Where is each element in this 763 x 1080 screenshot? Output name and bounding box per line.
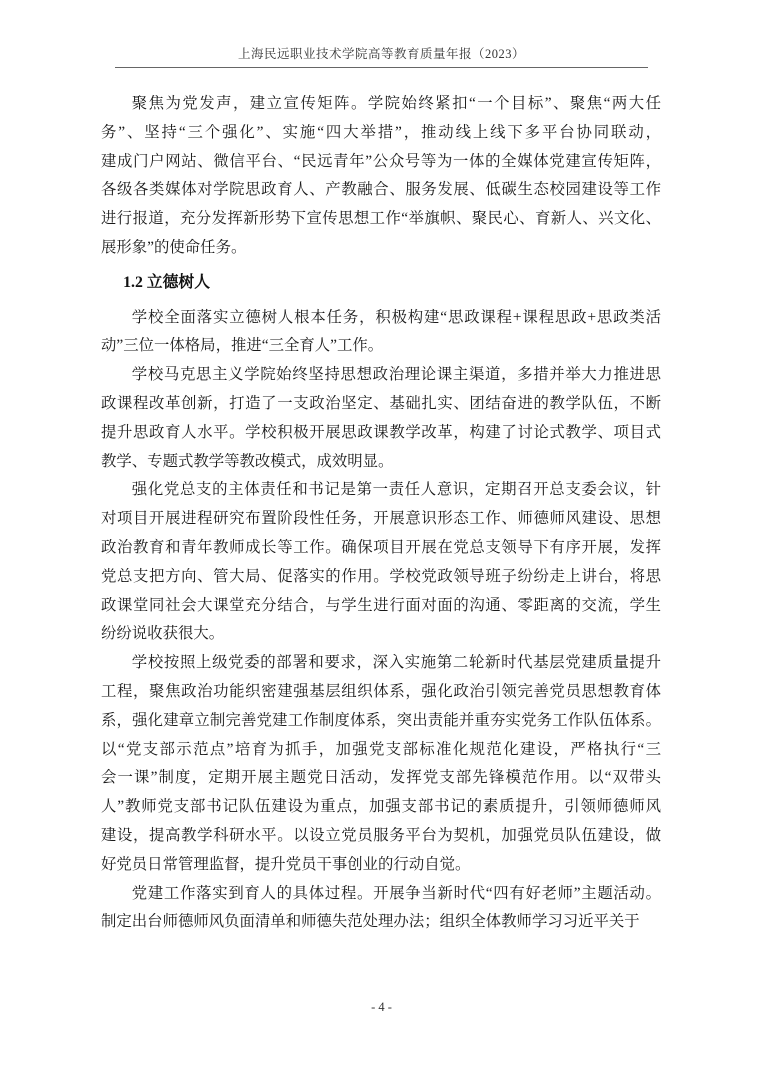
body-line: 建设，提高教学科研水平。以设立党员服务平台为契机，加强党员队伍建设，做 <box>101 822 661 851</box>
body-line: 工程，聚焦政治功能织密建强基层组织体系，强化政治引领完善党员思想教育体 <box>101 678 661 707</box>
paragraph: 聚焦为党发声，建立宣传矩阵。学院始终紧扣“一个目标”、聚焦“两大任务”、坚持“三… <box>101 90 661 263</box>
paragraph: 党建工作落实到育人的具体过程。开展争当新时代“四有好老师”主题活动。制定出台师德… <box>101 880 661 938</box>
body-line: 政课堂同社会大课堂充分结合，与学生进行面对面的沟通、零距离的交流，学生 <box>101 592 661 621</box>
page-header: 上海民远职业技术学院高等教育质量年报（2023） <box>115 46 648 68</box>
body-line: 动”三位一体格局，推进“三全育人”工作。 <box>101 332 661 361</box>
body-line: 教学、专题式教学等教改模式，成效明显。 <box>101 448 661 477</box>
page-footer: - 4 - <box>0 1000 763 1015</box>
body-line: 提升思政育人水平。学校积极开展思政课教学改革，构建了讨论式教学、项目式 <box>101 419 661 448</box>
body-line: 强化党总支的主体责任和书记是第一责任人意识，定期召开总支委会议，针 <box>101 476 661 505</box>
document-page: 上海民远职业技术学院高等教育质量年报（2023） 聚焦为党发声，建立宣传矩阵。学… <box>0 0 763 1080</box>
body-line: 聚焦为党发声，建立宣传矩阵。学院始终紧扣“一个目标”、聚焦“两大任 <box>101 90 661 119</box>
body-line: 学校按照上级党委的部署和要求，深入实施第二轮新时代基层党建质量提升 <box>101 649 661 678</box>
body-line: 党建工作落实到育人的具体过程。开展争当新时代“四有好老师”主题活动。 <box>101 880 661 909</box>
body-line: 系，强化建章立制完善党建工作制度体系，突出责能并重夯实党务工作队伍体系。 <box>101 707 661 736</box>
body-line: 展形象”的使命任务。 <box>101 234 661 263</box>
body-line: 党总支把方向、管大局、促落实的作用。学校党政领导班子纷纷走上讲台，将思 <box>101 563 661 592</box>
body-line: 建成门户网站、微信平台、“民远青年”公众号等为一体的全媒体党建宣传矩阵， <box>101 148 661 177</box>
body-line: 以“党支部示范点”培育为抓手，加强党支部标准化规范化建设，严格执行“三 <box>101 736 661 765</box>
document-body: 聚焦为党发声，建立宣传矩阵。学院始终紧扣“一个目标”、聚焦“两大任务”、坚持“三… <box>101 90 661 937</box>
body-line: 纷纷说收获很大。 <box>101 620 661 649</box>
body-line: 人”教师党支部书记队伍建设为重点，加强支部书记的素质提升，引领师德师风 <box>101 793 661 822</box>
report-title: 上海民远职业技术学院高等教育质量年报（2023） <box>238 47 525 61</box>
body-line: 对项目开展进程研究布置阶段性任务，开展意识形态工作、师德师风建设、思想 <box>101 505 661 534</box>
body-line: 学校马克思主义学院始终坚持思想政治理论课主渠道，多措并举大力推进思 <box>101 361 661 390</box>
paragraph: 学校按照上级党委的部署和要求，深入实施第二轮新时代基层党建质量提升工程，聚焦政治… <box>101 649 661 879</box>
body-line: 好党员日常管理监督，提升党员干事创业的行动自觉。 <box>101 851 661 880</box>
paragraph: 学校全面落实立德树人根本任务，积极构建“思政课程+课程思政+思政类活动”三位一体… <box>101 304 661 362</box>
body-line: 进行报道，充分发挥新形势下宣传思想工作“举旗帜、聚民心、育新人、兴文化、 <box>101 205 661 234</box>
body-line: 各级各类媒体对学院思政育人、产教融合、服务发展、低碳生态校园建设等工作 <box>101 176 661 205</box>
body-line: 会一课”制度，定期开展主题党日活动，发挥党支部先锋模范作用。以“双带头 <box>101 764 661 793</box>
body-line: 学校全面落实立德树人根本任务，积极构建“思政课程+课程思政+思政类活 <box>101 304 661 333</box>
body-line: 制定出台师德师风负面清单和师德失范处理办法；组织全体教师学习习近平关于 <box>101 908 661 937</box>
paragraph: 学校马克思主义学院始终坚持思想政治理论课主渠道，多措并举大力推进思政课程改革创新… <box>101 361 661 476</box>
paragraph: 强化党总支的主体责任和书记是第一责任人意识，定期召开总支委会议，针对项目开展进程… <box>101 476 661 649</box>
body-line: 政治教育和青年教师成长等工作。确保项目开展在党总支领导下有序开展，发挥 <box>101 534 661 563</box>
body-line: 务”、坚持“三个强化”、实施“四大举措”，推动线上线下多平台协同联动， <box>101 119 661 148</box>
page-number: - 4 - <box>371 1000 392 1014</box>
body-line: 政课程改革创新，打造了一支政治坚定、基础扎实、团结奋进的教学队伍，不断 <box>101 390 661 419</box>
section-heading: 1.2 立德树人 <box>101 269 661 298</box>
